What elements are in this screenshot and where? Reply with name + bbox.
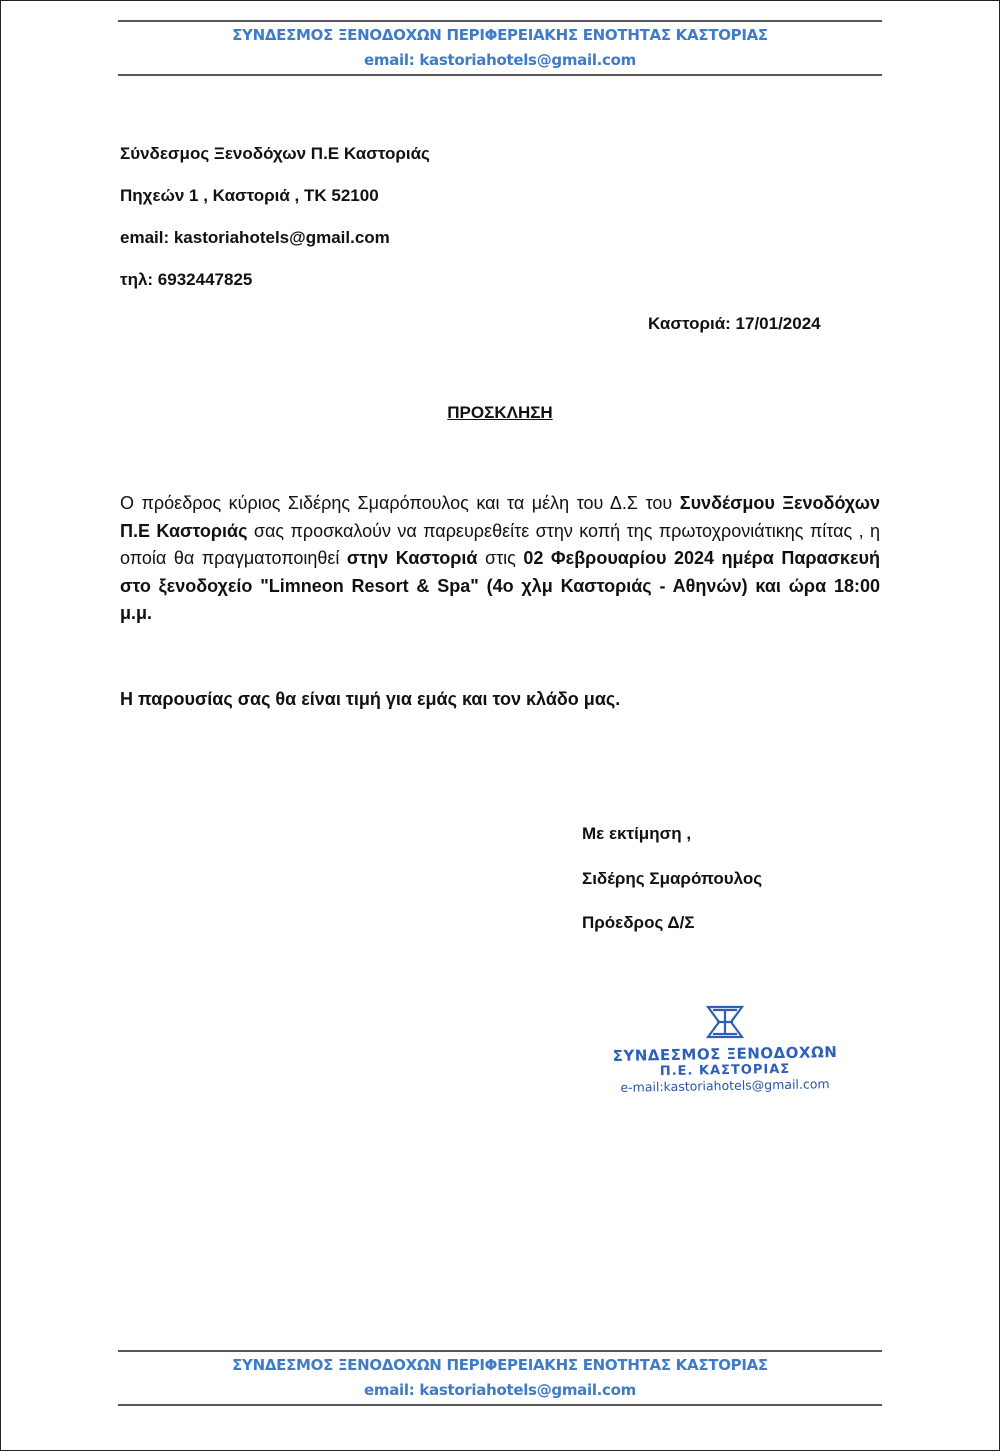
sender-address: Πηχεών 1 , Καστοριά , ΤΚ 52100: [120, 186, 379, 206]
sender-phone: τηλ: 6932447825: [120, 270, 252, 290]
signature-greeting: Με εκτίμηση ,: [582, 824, 691, 844]
document-title: ΠΡΟΣΚΛΗΣΗ: [0, 403, 1000, 423]
stamp-logo-icon: [705, 1005, 745, 1039]
footer-bottom-rule: [118, 1404, 882, 1406]
header-top-rule: [118, 20, 882, 22]
header-org-name: ΣΥΝΔΕΣΜΟΣ ΞΕΝΟΔΟΧΩΝ ΠΕΡΙΦΕΡΕΙΑΚΗΣ ΕΝΟΤΗΤ…: [118, 26, 882, 44]
footer-org-name: ΣΥΝΔΕΣΜΟΣ ΞΕΝΟΔΟΧΩΝ ΠΕΡΙΦΕΡΕΙΑΚΗΣ ΕΝΟΤΗΤ…: [118, 1356, 882, 1374]
sender-email: email: kastoriahotels@gmail.com: [120, 228, 390, 248]
page-border: [0, 0, 1000, 1451]
invitation-body: Ο πρόεδρος κύριος Σιδέρης Σμαρόπουλος κα…: [120, 490, 880, 628]
closing-line: Η παρουσίας σας θα είναι τιμή για εμάς κ…: [120, 689, 620, 710]
body-text-1: Ο πρόεδρος κύριος Σιδέρης Σμαρόπουλος κα…: [120, 493, 680, 513]
signature-role: Πρόεδρος Δ/Σ: [582, 913, 695, 933]
organization-stamp: ΣΥΝΔΕΣΜΟΣ ΞΕΝΟΔΟΧΩΝ Π.Ε. ΚΑΣΤΟΡΙΑΣ e-mai…: [600, 1005, 850, 1093]
header-email: email: kastoriahotels@gmail.com: [118, 51, 882, 69]
signature-name: Σιδέρης Σμαρόπουλος: [582, 869, 762, 889]
header-bottom-rule: [118, 74, 882, 76]
stamp-line-3: e-mail:kastoriahotels@gmail.com: [600, 1076, 850, 1095]
footer-email: email: kastoriahotels@gmail.com: [118, 1381, 882, 1399]
sender-name: Σύνδεσμος Ξενοδόχων Π.Ε Καστοριάς: [120, 144, 430, 164]
date-line: Καστοριά: 17/01/2024: [648, 314, 821, 334]
body-bold-2: στην Καστοριά: [347, 548, 478, 568]
body-text-3: στις: [477, 548, 523, 568]
footer-top-rule: [118, 1350, 882, 1352]
